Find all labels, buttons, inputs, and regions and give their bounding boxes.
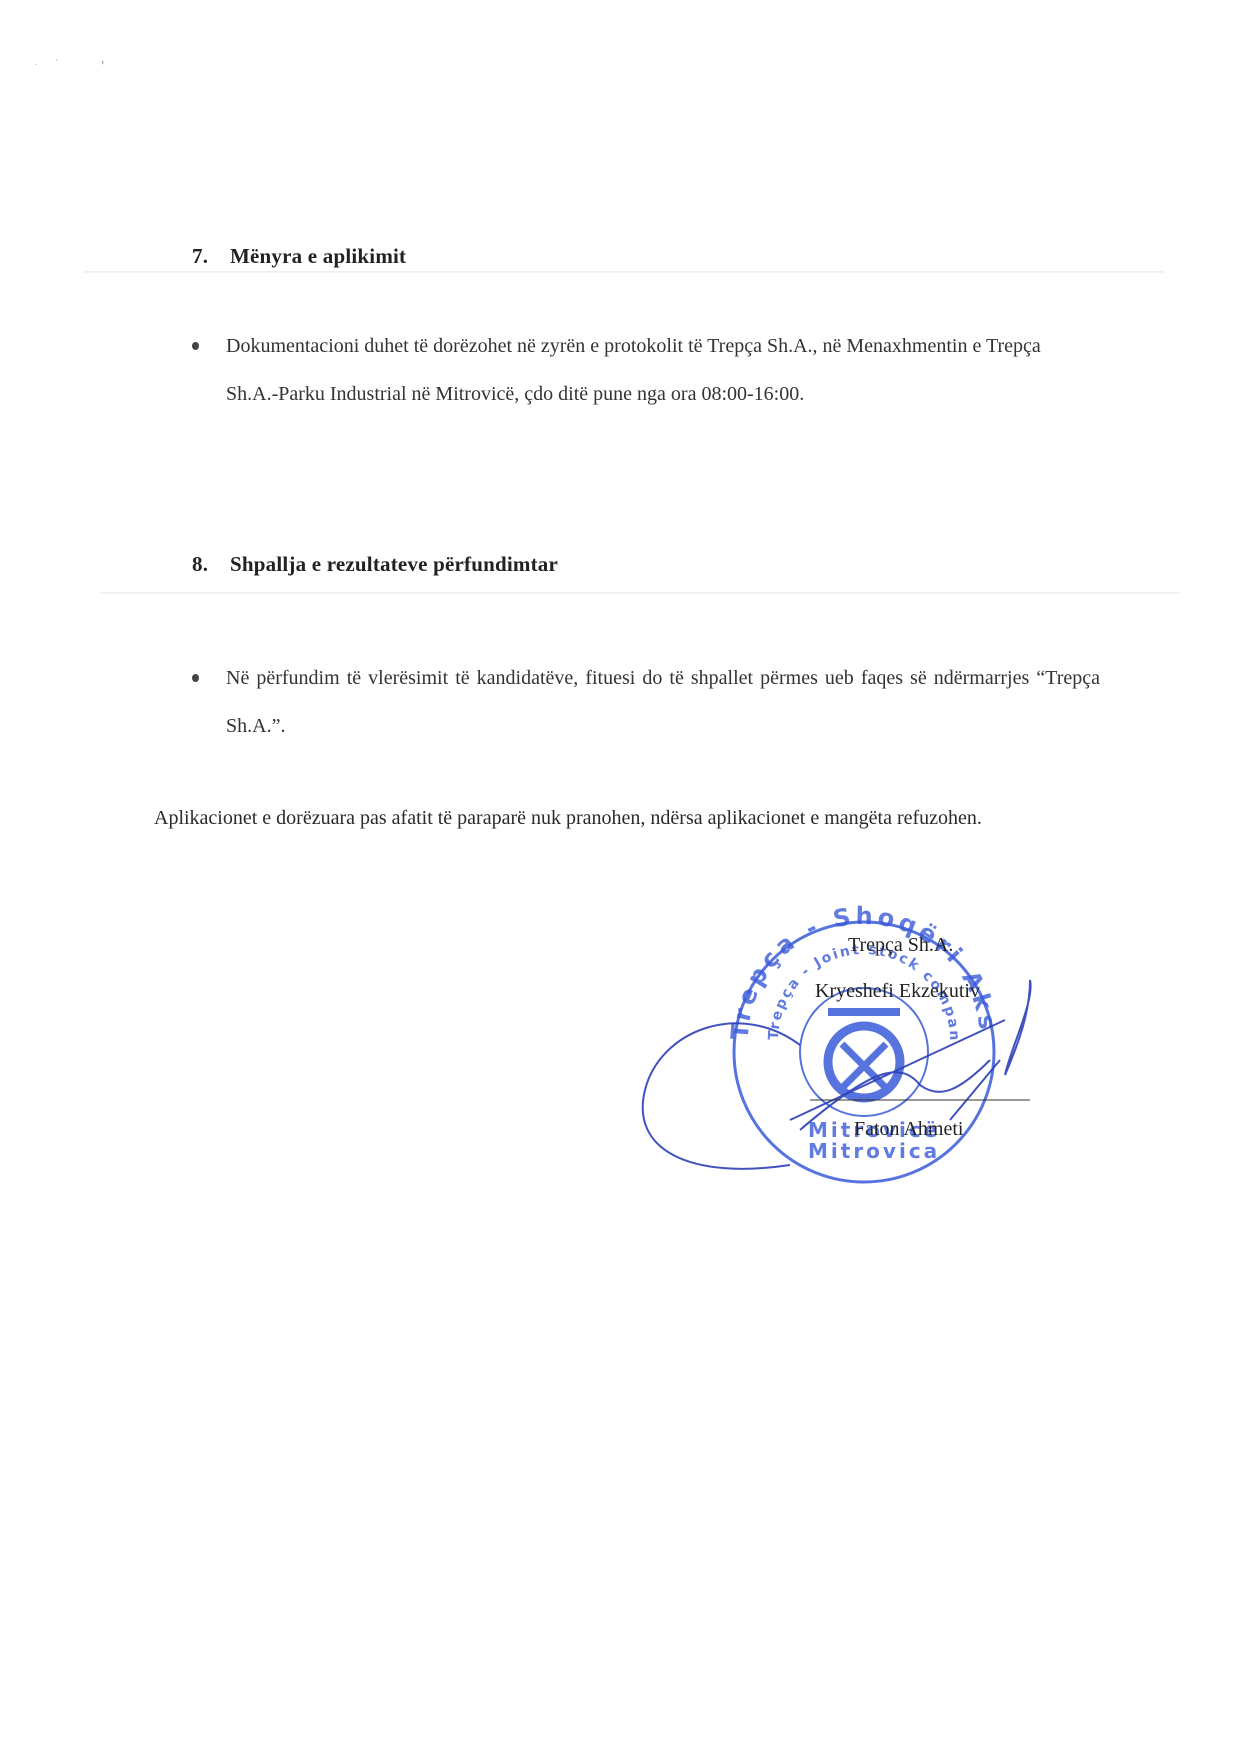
company-stamp-icon: Trepça - Shoqëri Aksionare Trepça - Join… — [0, 0, 1240, 1753]
signature-name: Faton Ahmeti — [854, 1118, 963, 1141]
svg-text:Trepça - Joint stock company: Trepça - Joint stock company — [0, 0, 962, 1043]
signature-role: Kryeshefi Ekzekutiv — [815, 980, 980, 1003]
svg-text:Trepça - Shoqëri Aksionare: Trepça - Shoqëri Aksionare — [0, 0, 1002, 1041]
signature-company: Trepça Sh.A. — [848, 934, 953, 957]
svg-text:Mitrovica: Mitrovica — [808, 1139, 940, 1163]
